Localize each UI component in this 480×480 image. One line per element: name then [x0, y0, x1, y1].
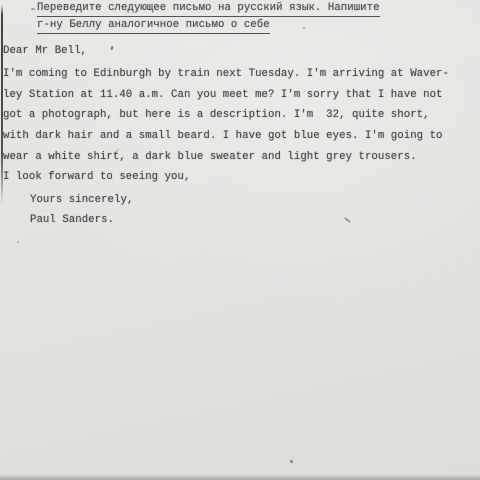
letter-body-line: got a photograph, but here is a descript…	[3, 109, 430, 121]
exercise-heading-line-2: г-ну Беллу аналогичное письмо о себе	[37, 19, 270, 34]
ink-speck	[290, 460, 293, 463]
letter-body-line: I'm coming to Edinburgh by train next Tu…	[3, 68, 449, 80]
letter-body-line: wear a white shirt, a dark blue sweater …	[3, 151, 417, 163]
letter-signature: Paul Sanders.	[30, 214, 114, 226]
ink-speck	[31, 8, 35, 10]
letter-salutation: Dear Mr Bell,	[3, 45, 87, 57]
photo-bottom-edge	[0, 474, 480, 480]
ink-speck	[17, 241, 19, 243]
exercise-heading-line-1: Переведите следующее письмо на русский я…	[37, 2, 380, 17]
ink-speck	[303, 27, 305, 29]
letter-closing: Yours sincerely,	[30, 194, 133, 206]
letter-body-line: ley Station at 11.40 a.m. Can you meet m…	[3, 89, 443, 101]
photographed-letter-page: Переведите следующее письмо на русский я…	[0, 0, 480, 480]
letter-body-line: with dark hair and a small beard. I have…	[3, 130, 443, 142]
typewritten-text-layer: Переведите следующее письмо на русский я…	[0, 0, 480, 480]
letter-body-line: I look forward to seeing you,	[3, 171, 190, 183]
